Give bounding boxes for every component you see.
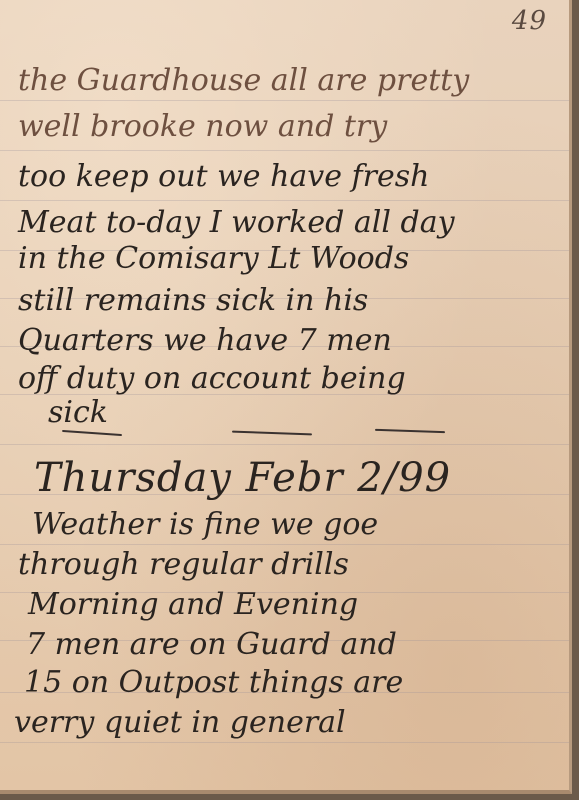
text-line: the Guardhouse all are pretty: [18, 66, 469, 96]
ruled-line: [0, 200, 569, 201]
text-line: still remains sick in his: [18, 286, 368, 316]
separator-stroke: [375, 429, 445, 433]
text-line: 15 on Outpost things are: [24, 668, 403, 698]
text-line: Meat to-day I worked all day: [18, 208, 455, 238]
ruled-line: [0, 444, 569, 445]
text-line: in the Comisary Lt Woods: [18, 244, 409, 274]
ruled-line: [0, 150, 569, 151]
text-line: too keep out we have fresh: [18, 162, 429, 192]
text-line: off duty on account being: [18, 364, 406, 394]
text-line: sick: [48, 398, 108, 428]
ruled-line: [0, 544, 569, 545]
page-number: 49: [512, 6, 547, 36]
separator-stroke: [232, 431, 312, 436]
diary-page: 49 the Guardhouse all are pretty well br…: [0, 0, 572, 794]
text-line: through regular drills: [18, 550, 349, 580]
text-line: well brooke now and try: [18, 112, 387, 142]
text-line: verry quiet in general: [14, 708, 346, 738]
entry-date-heading: Thursday Febr 2/99: [34, 458, 451, 498]
text-line: Quarters we have 7 men: [18, 326, 392, 356]
ruled-line: [0, 100, 569, 101]
text-line: Morning and Evening: [28, 590, 358, 620]
separator-stroke: [62, 430, 122, 436]
text-line: 7 men are on Guard and: [26, 630, 397, 660]
ruled-line: [0, 742, 569, 743]
text-line: Weather is fine we goe: [32, 510, 378, 540]
